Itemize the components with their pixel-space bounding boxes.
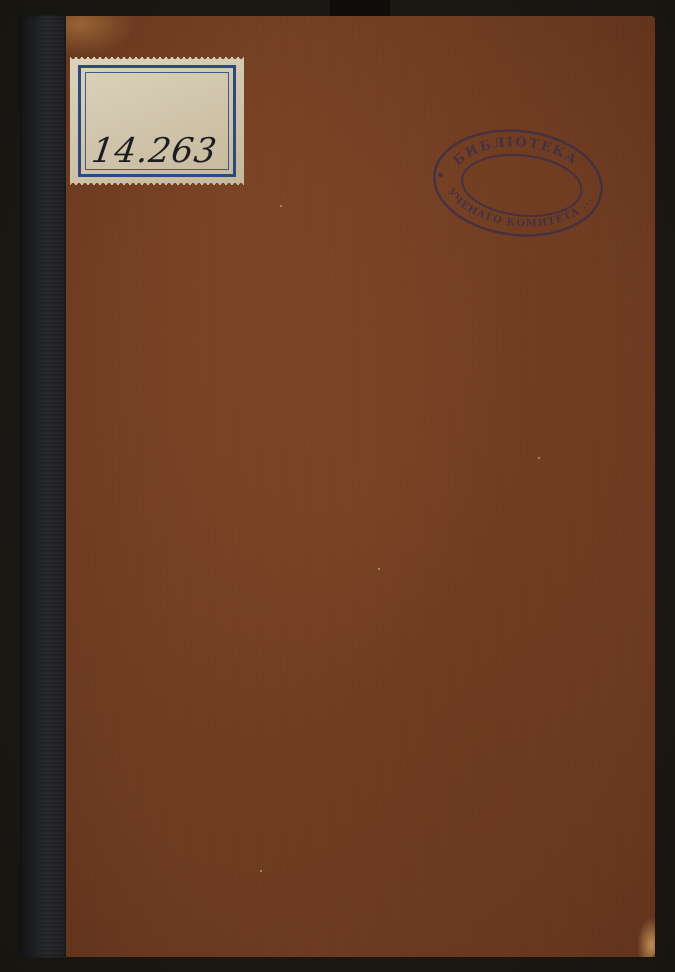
library-stamp: БИБЛІОТЕКА УЧЕНАГО КОМИТЕТА ...	[425, 118, 612, 248]
dust-speck	[280, 205, 282, 207]
corner-wear-bottom-right	[637, 917, 655, 957]
library-label: 14.263	[70, 57, 244, 185]
spine-cloth-texture	[38, 15, 66, 958]
corner-wear-top-left	[66, 16, 136, 56]
dust-speck	[378, 568, 380, 570]
oval-stamp-icon: БИБЛІОТЕКА УЧЕНАГО КОМИТЕТА ...	[425, 118, 612, 248]
dust-speck	[538, 457, 540, 459]
book-scan: 14.263 БИБЛІОТЕКА УЧЕНАГО КОМИТЕТА ...	[0, 0, 675, 972]
dust-speck	[260, 870, 262, 872]
shelf-number: 14.263	[89, 131, 220, 171]
